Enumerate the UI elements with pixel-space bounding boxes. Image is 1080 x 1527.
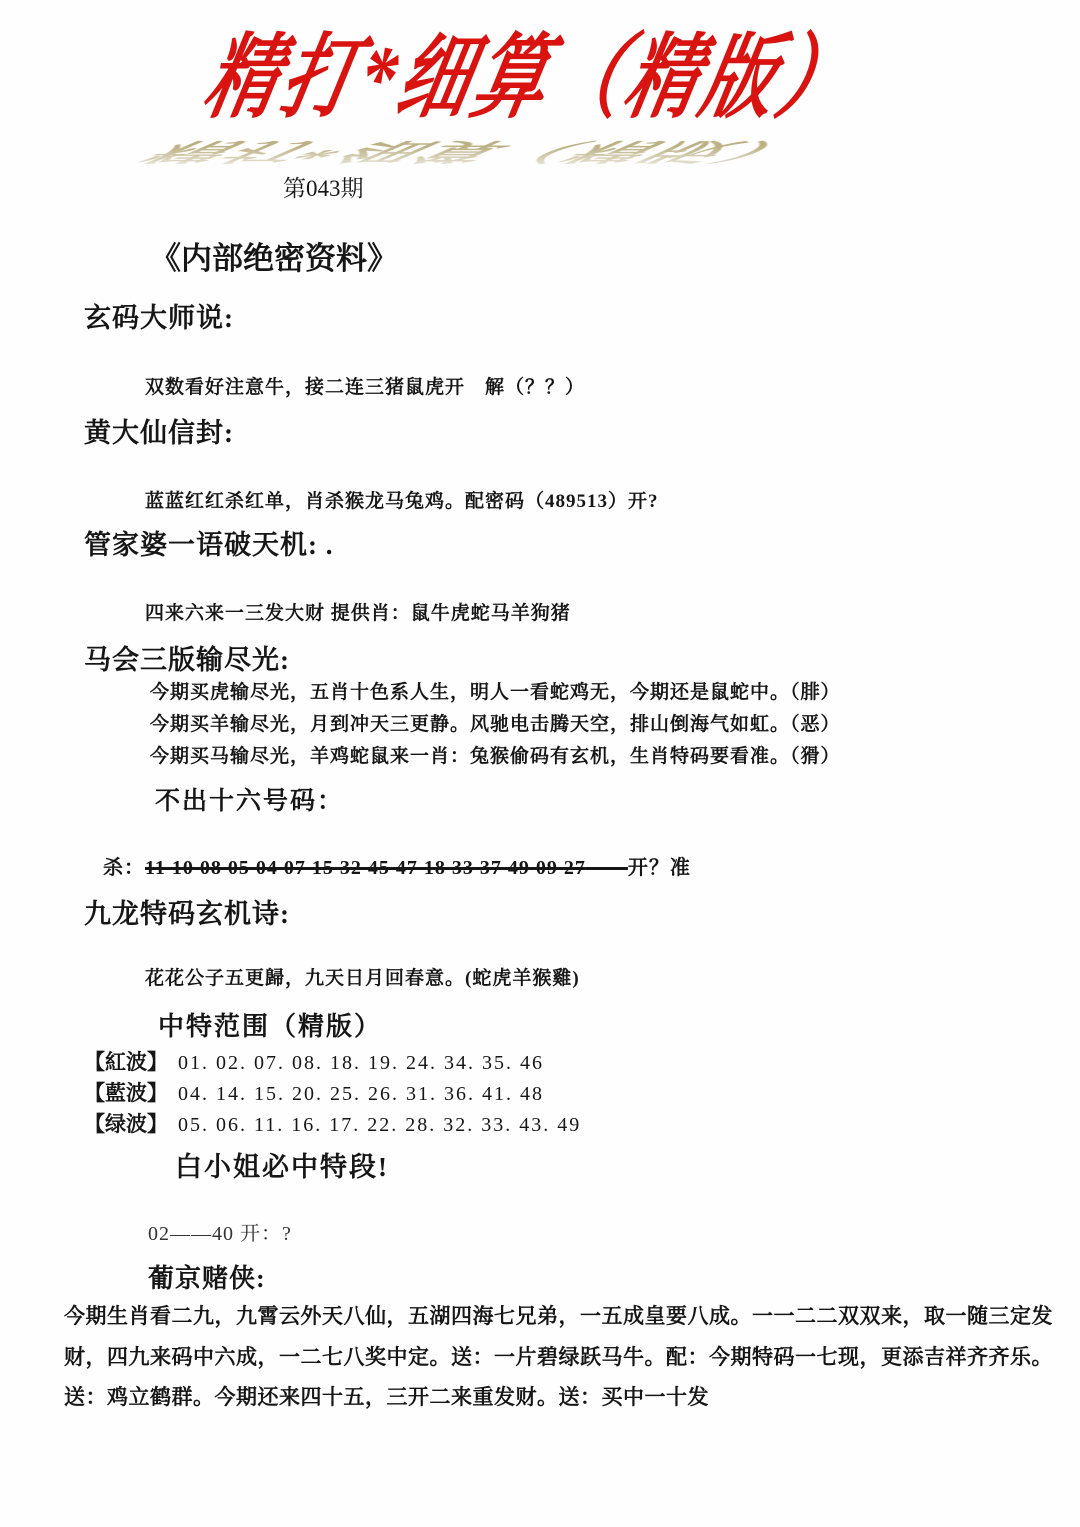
pujing-line: 财，四九来码中六成，一二七八奖中定。送：一片碧绿跃马牛。配：今期特码一七现，更添… [64,1337,1053,1378]
kill-dash: —— [586,857,628,879]
red-wave-numbers: 01. 02. 07. 08. 18. 19. 24. 34. 35. 46 [178,1052,544,1074]
section-heading-jiulong: 九龙特码玄机诗: [84,892,290,931]
page-title-art: 精打*细算（精版） 精打*细算（精版） [195,18,895,178]
kill-label: 杀： [103,857,145,879]
blue-wave-numbers: 04. 14. 15. 20. 25. 26. 31. 36. 41. 48 [178,1083,544,1105]
section-heading-pujing: 葡京赌侠: [148,1258,266,1295]
pujing-line: 送：鸡立鹤群。今期还来四十五，三开二来重发财。送：买中一十发 [64,1377,1053,1418]
jiulong-poem-line: 花花公子五更歸，九天日月回春意。(蛇虎羊猴雞) [145,963,580,990]
guanjiapo-tip-line: 四来六来一三发大财 提供肖：鼠牛虎蛇马羊狗猪 [145,598,571,625]
mahui-tip-line: 今期买虎输尽光，五肖十色系人生，明人一看蛇鸡无，今期还是鼠蛇中。（腓） [150,677,841,709]
baixiaojie-range-line: 02——40 开：? [148,1217,292,1246]
wave-row-blue: 【藍波】04. 14. 15. 20. 25. 26. 31. 36. 41. … [84,1077,544,1107]
section-heading-guanjiapo: 管家婆一语破天机: . [84,523,334,562]
mahui-tip-line: 今期买羊输尽光，月到冲天三更静。风驰电击腾天空，排山倒海气如虹。（恶） [150,709,841,741]
red-wave-label: 【紅波】 [84,1050,168,1074]
page-title-reflection: 精打*细算（精版） [93,136,849,171]
pujing-paragraph: 今期生肖看二九，九霄云外天八仙，五湖四海七兄弟，一五成皇要八成。一一二二双双来，… [64,1296,1053,1418]
section-heading-zhongte: 中特范围（精版） [158,1006,382,1043]
xuanma-tip-line: 双数看好注意牛，接二连三猪鼠虎开 解（？？） [145,372,585,399]
green-wave-numbers: 05. 06. 11. 16. 17. 22. 28. 32. 33. 43. … [178,1114,581,1136]
kill-result: 开？准 [628,857,691,879]
section-heading-mahui: 马会三版输尽光: [84,638,290,677]
mahui-tip-lines: 今期买虎输尽光，五肖十色系人生，明人一看蛇鸡无，今期还是鼠蛇中。（腓） 今期买羊… [150,677,841,773]
section-heading-buchu: 不出十六号码： [155,781,344,817]
green-wave-label: 【绿波】 [84,1112,168,1136]
section-heading-xuanma: 玄码大师说: [84,296,234,335]
pujing-line: 今期生肖看二九，九霄云外天八仙，五湖四海七兄弟，一五成皇要八成。一一二二双双来，… [64,1296,1053,1337]
huangdaxian-tip-line: 蓝蓝红红杀红单，肖杀猴龙马兔鸡。配密码（489513）开? [145,486,659,513]
section-heading-baixiaojie: 白小姐必中特段! [175,1145,389,1184]
wave-row-red: 【紅波】01. 02. 07. 08. 18. 19. 24. 34. 35. … [84,1046,544,1076]
mahui-tip-line: 今期买马输尽光，羊鸡蛇鼠来一肖：兔猴偷码有玄机，生肖特码要看准。（猾） [150,741,841,773]
issue-number: 第043期 [283,170,364,203]
page-title: 精打*细算（精版） [195,3,871,136]
section-heading-huangdaxian: 黄大仙信封: [84,411,234,450]
lottery-tip-sheet: 精打*细算（精版） 精打*细算（精版） 第043期 《内部绝密资料》 玄码大师说… [0,0,1080,1527]
killed-numbers: 11 10 08 05 04 07 15 32 45 47 18 33 37 4… [145,857,586,879]
subtitle: 《内部绝密资料》 [150,233,398,278]
killed-numbers-line: 杀：11 10 08 05 04 07 15 32 45 47 18 33 37… [103,851,691,880]
wave-row-green: 【绿波】05. 06. 11. 16. 17. 22. 28. 32. 33. … [84,1108,581,1138]
blue-wave-label: 【藍波】 [84,1081,168,1105]
